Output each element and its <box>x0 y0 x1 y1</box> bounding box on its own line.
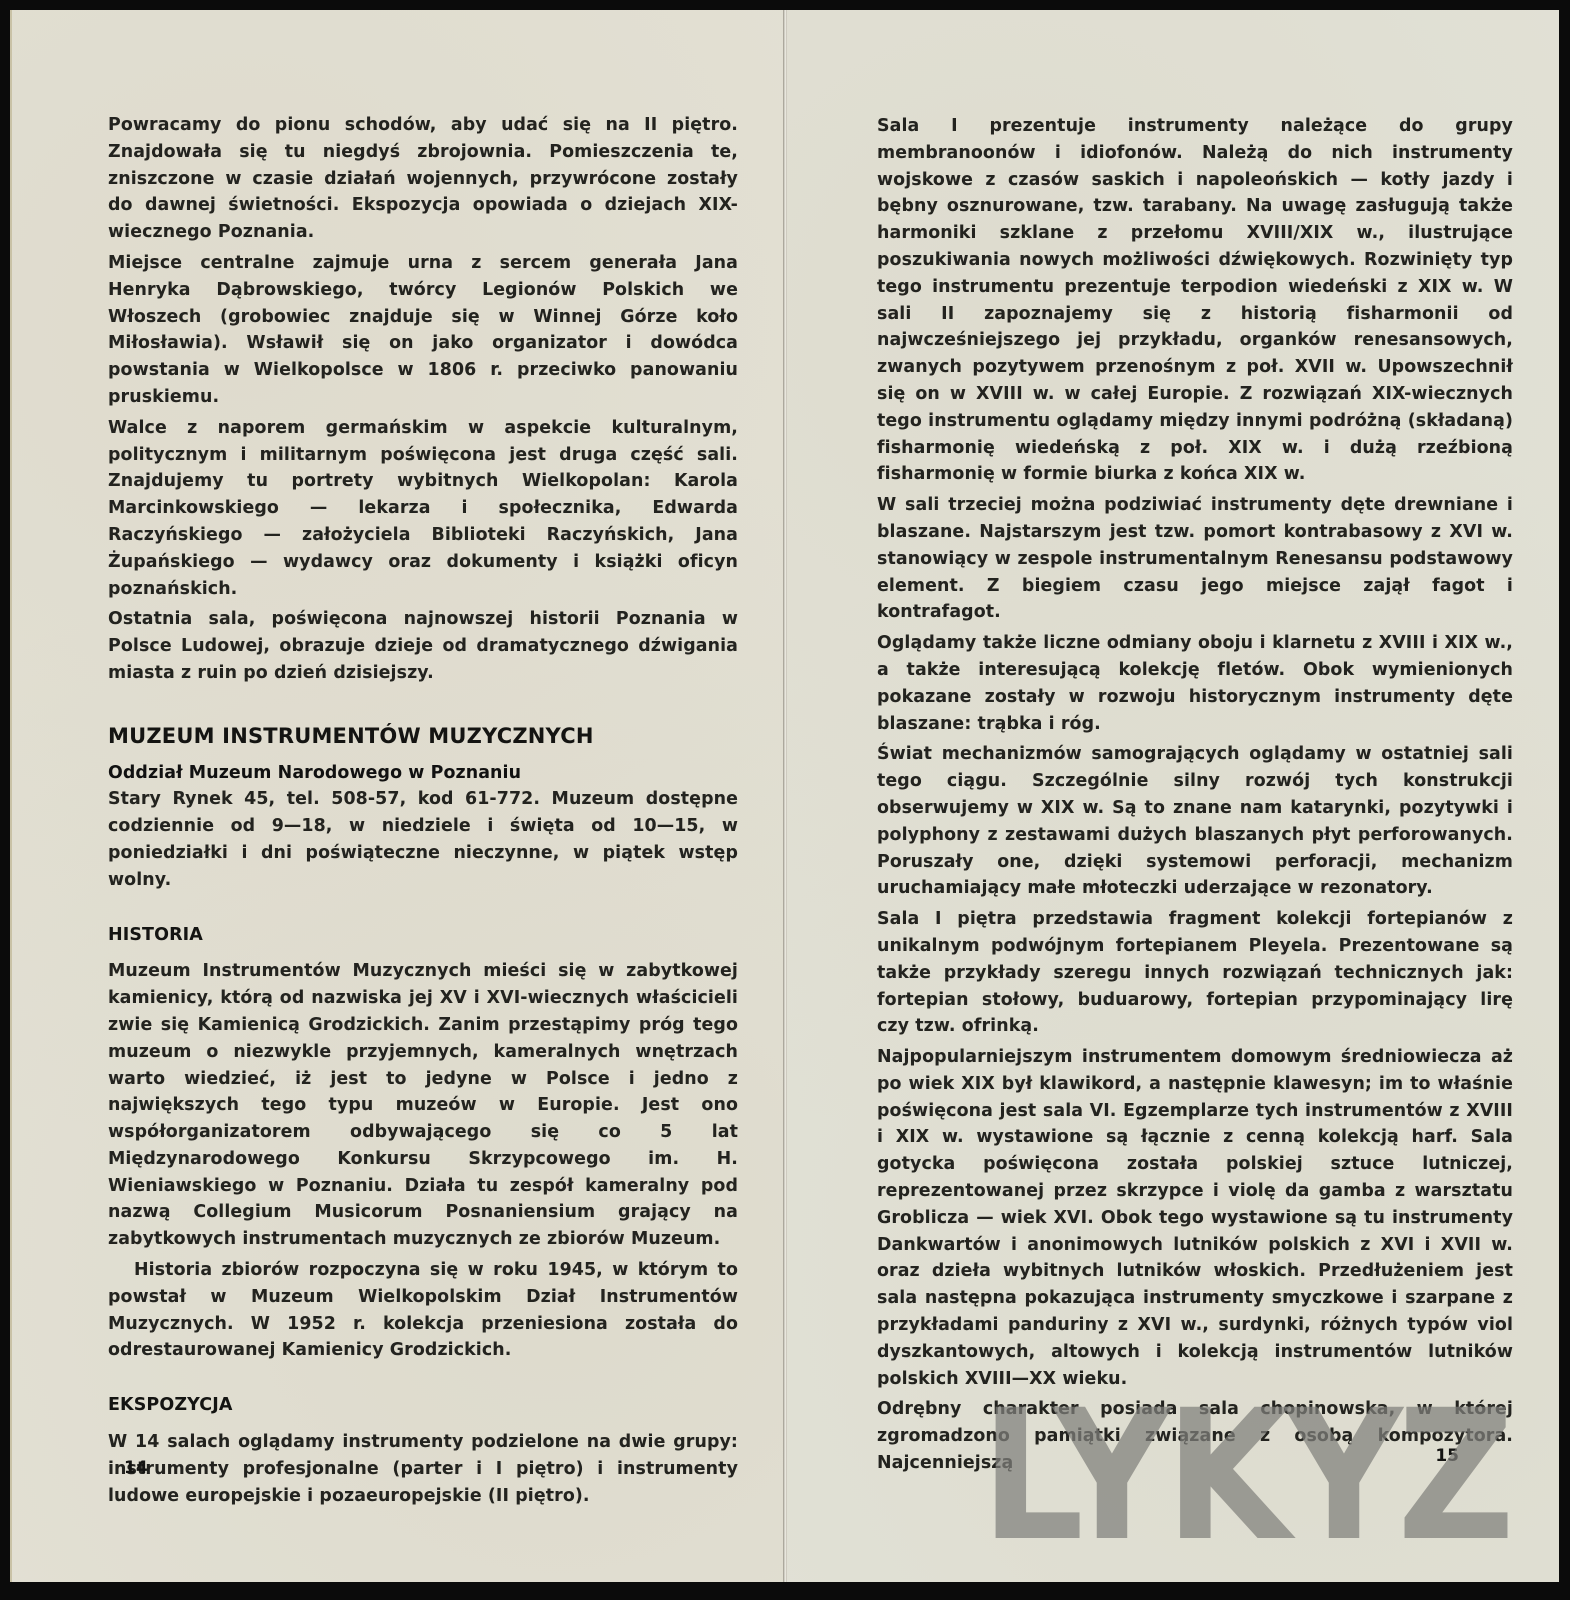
paragraph: Odrębny charakter posiada sala chopinows… <box>877 1396 1513 1476</box>
museum-address-hours: Stary Rynek 45, tel. 508-57, kod 61-772.… <box>108 786 738 893</box>
paragraph: Świat mechanizmów samogrających oglądamy… <box>877 741 1513 902</box>
paragraph: W 14 salach oglądamy instrumenty podziel… <box>108 1429 738 1509</box>
left-page-text-column: Powracamy do pionu schodów, aby udać się… <box>108 112 738 1513</box>
paragraph: Sala I piętra przedstawia fragment kolek… <box>877 906 1513 1040</box>
paragraph: Oglądamy także liczne odmiany oboju i kl… <box>877 630 1513 737</box>
right-page: Sala I prezentuje instrumenty należące d… <box>787 10 1559 1582</box>
paragraph: Ostatnia sala, poświęcona najnowszej his… <box>108 606 738 686</box>
section-title: MUZEUM INSTRUMENTÓW MUZYCZNYCH <box>108 723 738 750</box>
paragraph: Historia zbiorów rozpoczyna się w roku 1… <box>108 1257 738 1364</box>
paragraph: Powracamy do pionu schodów, aby udać się… <box>108 112 738 246</box>
page-number: 14 <box>124 1458 148 1478</box>
paragraph: Walce z naporem germańskim w aspekcie ku… <box>108 415 738 603</box>
left-page: Powracamy do pionu schodów, aby udać się… <box>10 10 788 1582</box>
history-heading: HISTORIA <box>108 922 738 949</box>
museum-branch: Oddział Muzeum Narodowego w Poznaniu <box>108 760 738 787</box>
right-page-text-column: Sala I prezentuje instrumenty należące d… <box>877 113 1513 1481</box>
page-number: 15 <box>1435 1446 1459 1466</box>
paragraph: Muzeum Instrumentów Muzycznych mieści si… <box>108 958 738 1253</box>
paragraph: Sala I prezentuje instrumenty należące d… <box>877 113 1513 488</box>
paragraph: Najpopularniejszym instrumentem domowym … <box>877 1044 1513 1392</box>
paragraph: Miejsce centralne zajmuje urna z sercem … <box>108 250 738 411</box>
exhibition-heading: EKSPOZYCJA <box>108 1392 738 1419</box>
paragraph: W sali trzeciej można podziwiać instrume… <box>877 492 1513 626</box>
